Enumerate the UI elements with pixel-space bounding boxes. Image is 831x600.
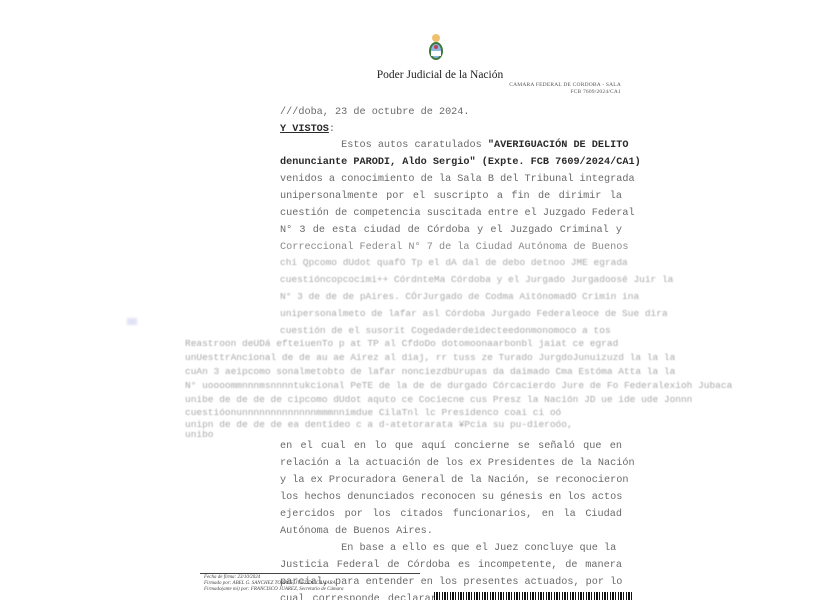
body-line: relación a la actuación de los ex Presid… — [280, 455, 622, 472]
body-line: venidos a conocimiento de la Sala B del … — [280, 171, 622, 188]
body-line: Correccional Federal N° 7 de la Ciudad A… — [280, 239, 622, 256]
body-line: en el cual en lo que aquí concierne se s… — [280, 438, 622, 455]
body-line: ejercidos por los citados funcionarios, … — [280, 506, 622, 523]
garbled-line: cuestión de el susorit Cogedaderdeidecte… — [280, 325, 611, 336]
body-line: Estos autos caratulados "AVERIGUACIÓN DE… — [280, 137, 622, 154]
signature-secretary: Firmado(ante mi) por: FRANCISCO JUAREZ, … — [204, 587, 344, 592]
document-page: Poder Judicial de la Nación CAMARA FEDER… — [0, 0, 831, 600]
body-line: Justicia Federal de Córdoba es incompete… — [280, 557, 622, 574]
chamber-name: CAMARA FEDERAL DE CORDOBA - SALA — [509, 82, 621, 89]
garbled-line: cuAn 3 aeipcomo sonalmetobto de lafar no… — [185, 366, 675, 377]
body-line: unipersonalmente por el suscripto a fin … — [280, 188, 622, 205]
body-line: denunciante PARODI, Aldo Sergio" (Expte.… — [280, 154, 622, 171]
date-line: ///doba, 23 de octubre de 2024. — [280, 104, 622, 121]
barcode-icon — [434, 592, 632, 600]
garbled-line: chi Qpcomo dUdot quafO Tp el dA dal de d… — [280, 257, 628, 268]
garbled-line: Reastroon deUDá efteiuenTo p at TP al Cf… — [185, 338, 618, 349]
section-heading: Y VISTOS: — [280, 121, 622, 138]
body-line: los hechos denunciados reconocen su géne… — [280, 489, 622, 506]
signature-divider — [200, 573, 420, 574]
garbled-line: unUesttrAncional de de au ae Airez al di… — [185, 352, 675, 363]
organization-name: Poder Judicial de la Nación — [365, 69, 515, 81]
case-reference: FCB 7609/2024/CA1 — [509, 89, 621, 96]
garbled-line: unibo — [185, 429, 214, 440]
garbled-line: unibe de de de de cipcomo dUdot aquto ce… — [185, 394, 692, 405]
garbled-line: N° uoooommnnnmsnnnntukcional PeTE de la … — [185, 380, 732, 391]
argentina-coat-of-arms-icon — [425, 33, 447, 63]
body-line: En base a ello es que el Juez concluye q… — [280, 540, 622, 557]
body-line: Autónoma de Buenos Aires. — [280, 523, 622, 540]
heading-text: Y VISTOS — [280, 124, 329, 135]
body-line: y la ex Procuradora General de la Nación… — [280, 472, 622, 489]
scan-artifact — [127, 318, 137, 325]
garbled-line: unipersonalmeto de lafar asl Córdoba Jur… — [280, 308, 668, 319]
garbled-line: cuestióonunnnnnnnnnnnnnmmmnnimdue CilaTn… — [185, 407, 561, 418]
body-line: cuestión de competencia suscitada entre … — [280, 205, 622, 222]
body-line: N° 3 de esta ciudad de Córdoba y el Juzg… — [280, 222, 622, 239]
signature-judge: Firmado por: ABEL G. SANCHEZ TORRES, JUE… — [204, 581, 336, 586]
garbled-line: N° 3 de de de pAires. CÓrJurgado de Codm… — [280, 291, 639, 302]
chamber-header: CAMARA FEDERAL DE CORDOBA - SALA FCB 760… — [509, 82, 621, 96]
garbled-line: unipn de de de de ea dentideo c a d-atet… — [185, 419, 573, 430]
garbled-line: cuestióncopcocimi++ CórdnteMa Córdoba y … — [280, 274, 673, 285]
signature-date: Fecha de firma: 23/10/2024 — [204, 575, 260, 580]
